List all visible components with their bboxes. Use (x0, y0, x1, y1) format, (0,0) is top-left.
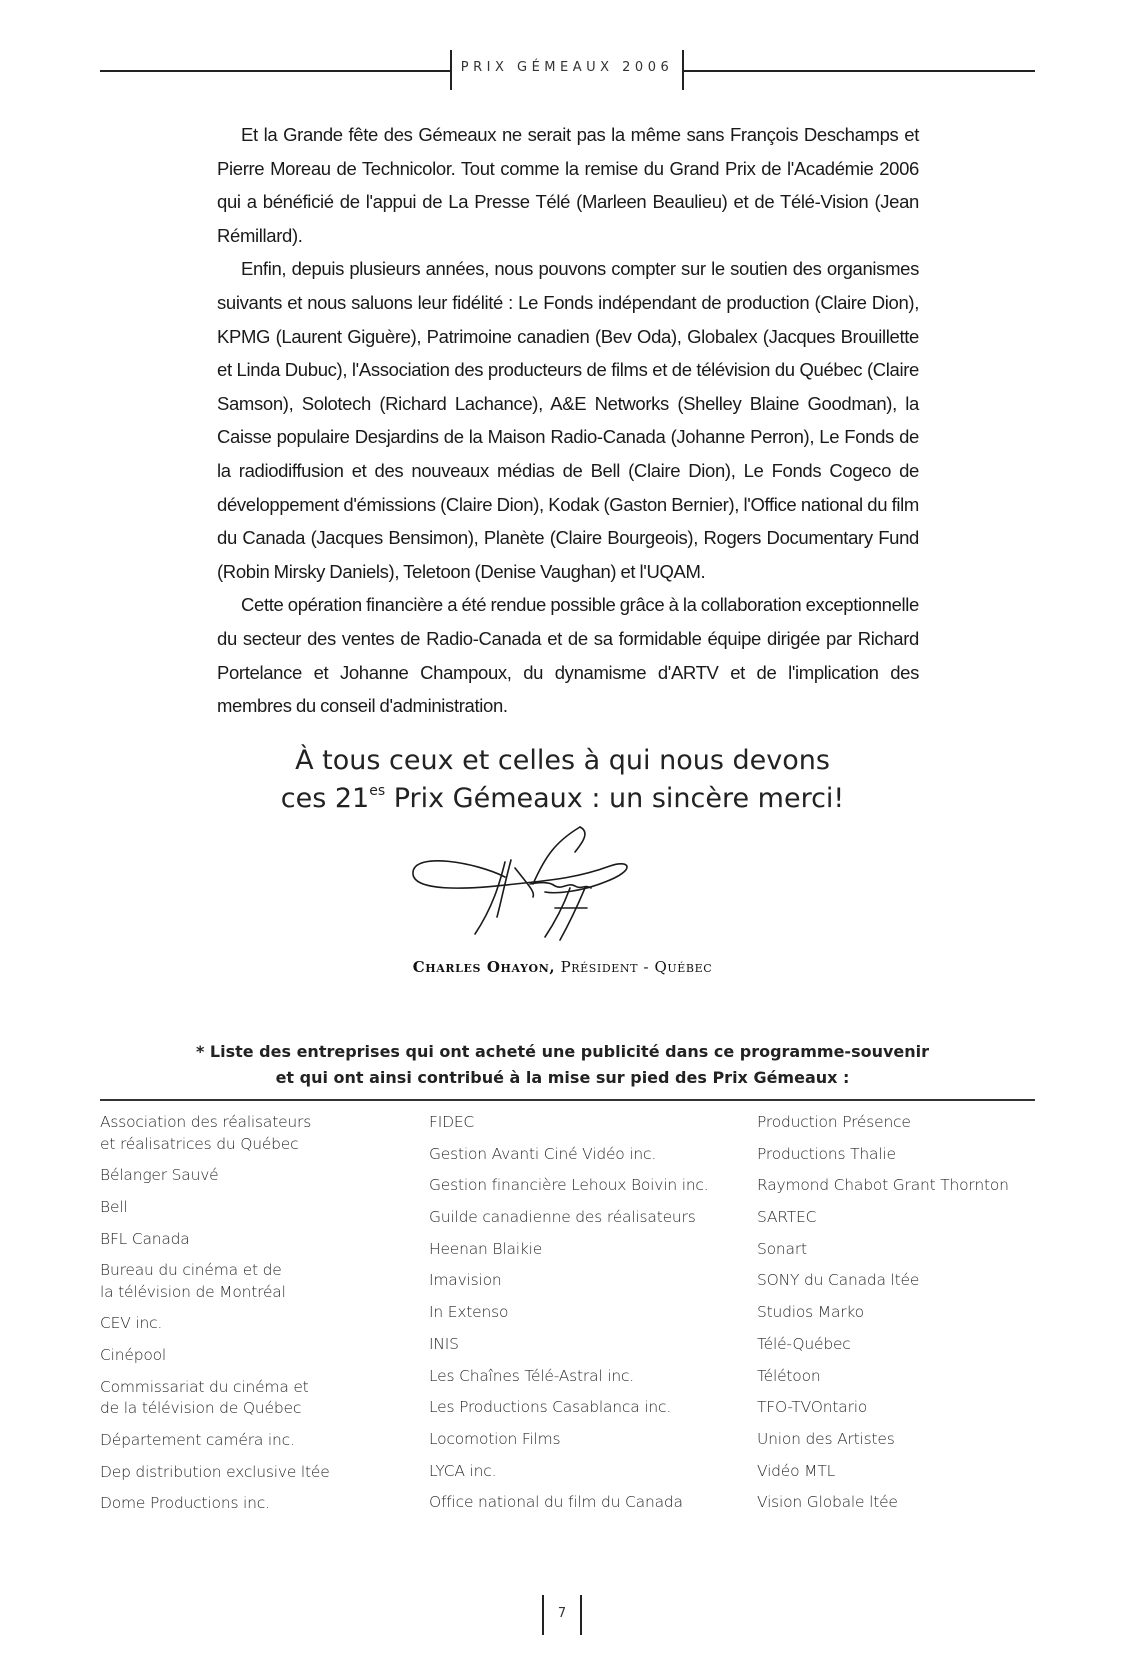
sponsor-item: Dep distribution exclusive ltée (100, 1462, 420, 1484)
signatory-title: Président - Québec (555, 958, 712, 976)
sponsors-note: * Liste des entreprises qui ont acheté u… (150, 1039, 975, 1091)
sponsor-item: Télétoon (757, 1366, 1077, 1388)
sponsor-item: Les Chaînes Télé-Astral inc. (429, 1366, 749, 1388)
sponsor-item: Association des réalisateurs et réalisat… (100, 1112, 420, 1155)
slogan-line-1: À tous ceux et celles à qui nous devons (200, 742, 925, 780)
sponsor-item: Vision Globale ltée (757, 1492, 1077, 1514)
sponsor-item: TFO-TVOntario (757, 1397, 1077, 1419)
sponsor-item: Dome Productions inc. (100, 1493, 420, 1515)
sponsor-item: Studios Marko (757, 1302, 1077, 1324)
sponsor-item: SARTEC (757, 1207, 1077, 1229)
sponsor-item: Cinépool (100, 1345, 420, 1367)
sponsor-item: Bélanger Sauvé (100, 1165, 420, 1187)
sponsor-item: Guilde canadienne des réalisateurs (429, 1207, 749, 1229)
sponsor-item: CEV inc. (100, 1313, 420, 1335)
header-rule-left (100, 70, 450, 72)
sponsor-item: FIDEC (429, 1112, 749, 1134)
sponsor-item: Gestion financière Lehoux Boivin inc. (429, 1175, 749, 1197)
sponsors-column-3: Production PrésenceProductions ThalieRay… (757, 1112, 1077, 1524)
slogan-superscript: es (369, 783, 385, 799)
paragraph: Et la Grande fête des Gémeaux ne serait … (217, 118, 919, 252)
section-divider (100, 1099, 1035, 1101)
signature-icon (405, 822, 665, 952)
sponsor-item: Télé-Québec (757, 1334, 1077, 1356)
sponsor-item: Raymond Chabot Grant Thornton (757, 1175, 1077, 1197)
signatory-name: Charles Ohayon, (413, 958, 555, 976)
footer-divider-right (580, 1595, 582, 1635)
sponsor-item: BFL Canada (100, 1229, 420, 1251)
sponsor-item: Heenan Blaikie (429, 1239, 749, 1261)
sponsors-note-line-2: et qui ont ainsi contribué à la mise sur… (150, 1065, 975, 1091)
sponsor-item: Production Présence (757, 1112, 1077, 1134)
sponsors-note-line-1: * Liste des entreprises qui ont acheté u… (150, 1039, 975, 1065)
sponsor-item: Productions Thalie (757, 1144, 1077, 1166)
slogan-line-2: ces 21es Prix Gémeaux : un sincère merci… (200, 780, 925, 818)
sponsor-item: In Extenso (429, 1302, 749, 1324)
sponsor-item: Gestion Avanti Ciné Vidéo inc. (429, 1144, 749, 1166)
sponsor-item: Sonart (757, 1239, 1077, 1261)
slogan-text: Prix Gémeaux : un sincère merci! (385, 783, 844, 814)
sponsor-item: Locomotion Films (429, 1429, 749, 1451)
sponsor-item: LYCA inc. (429, 1461, 749, 1483)
sponsor-item: Les Productions Casablanca inc. (429, 1397, 749, 1419)
thank-you-slogan: À tous ceux et celles à qui nous devons … (200, 742, 925, 818)
sponsor-item: INIS (429, 1334, 749, 1356)
sponsor-item: Commissariat du cinéma et de la télévisi… (100, 1377, 420, 1420)
page-number: 7 (544, 1606, 580, 1621)
sponsor-item: Union des Artistes (757, 1429, 1077, 1451)
sponsor-item: SONY du Canada ltée (757, 1270, 1077, 1292)
slogan-text: ces 21 (281, 783, 369, 814)
sponsor-item: Vidéo MTL (757, 1461, 1077, 1483)
sponsor-item: Bureau du cinéma et de la télévision de … (100, 1260, 420, 1303)
paragraph: Enfin, depuis plusieurs années, nous pou… (217, 252, 919, 588)
signature-caption: Charles Ohayon, Président - Québec (300, 958, 825, 976)
header-rule-right (683, 70, 1035, 72)
sponsor-item: Office national du film du Canada (429, 1492, 749, 1514)
sponsors-column-2: FIDECGestion Avanti Ciné Vidéo inc.Gesti… (429, 1112, 749, 1524)
sponsor-item: Département caméra inc. (100, 1430, 420, 1452)
page-header: PRIX GÉMEAUX 2006 (0, 0, 1125, 110)
sponsors-column-1: Association des réalisateurs et réalisat… (100, 1112, 420, 1525)
header-title: PRIX GÉMEAUX 2006 (452, 60, 682, 75)
body-text: Et la Grande fête des Gémeaux ne serait … (217, 118, 919, 723)
page-footer: 7 (0, 1595, 1125, 1645)
paragraph: Cette opération financière a été rendue … (217, 588, 919, 722)
sponsor-item: Bell (100, 1197, 420, 1219)
sponsor-item: Imavision (429, 1270, 749, 1292)
